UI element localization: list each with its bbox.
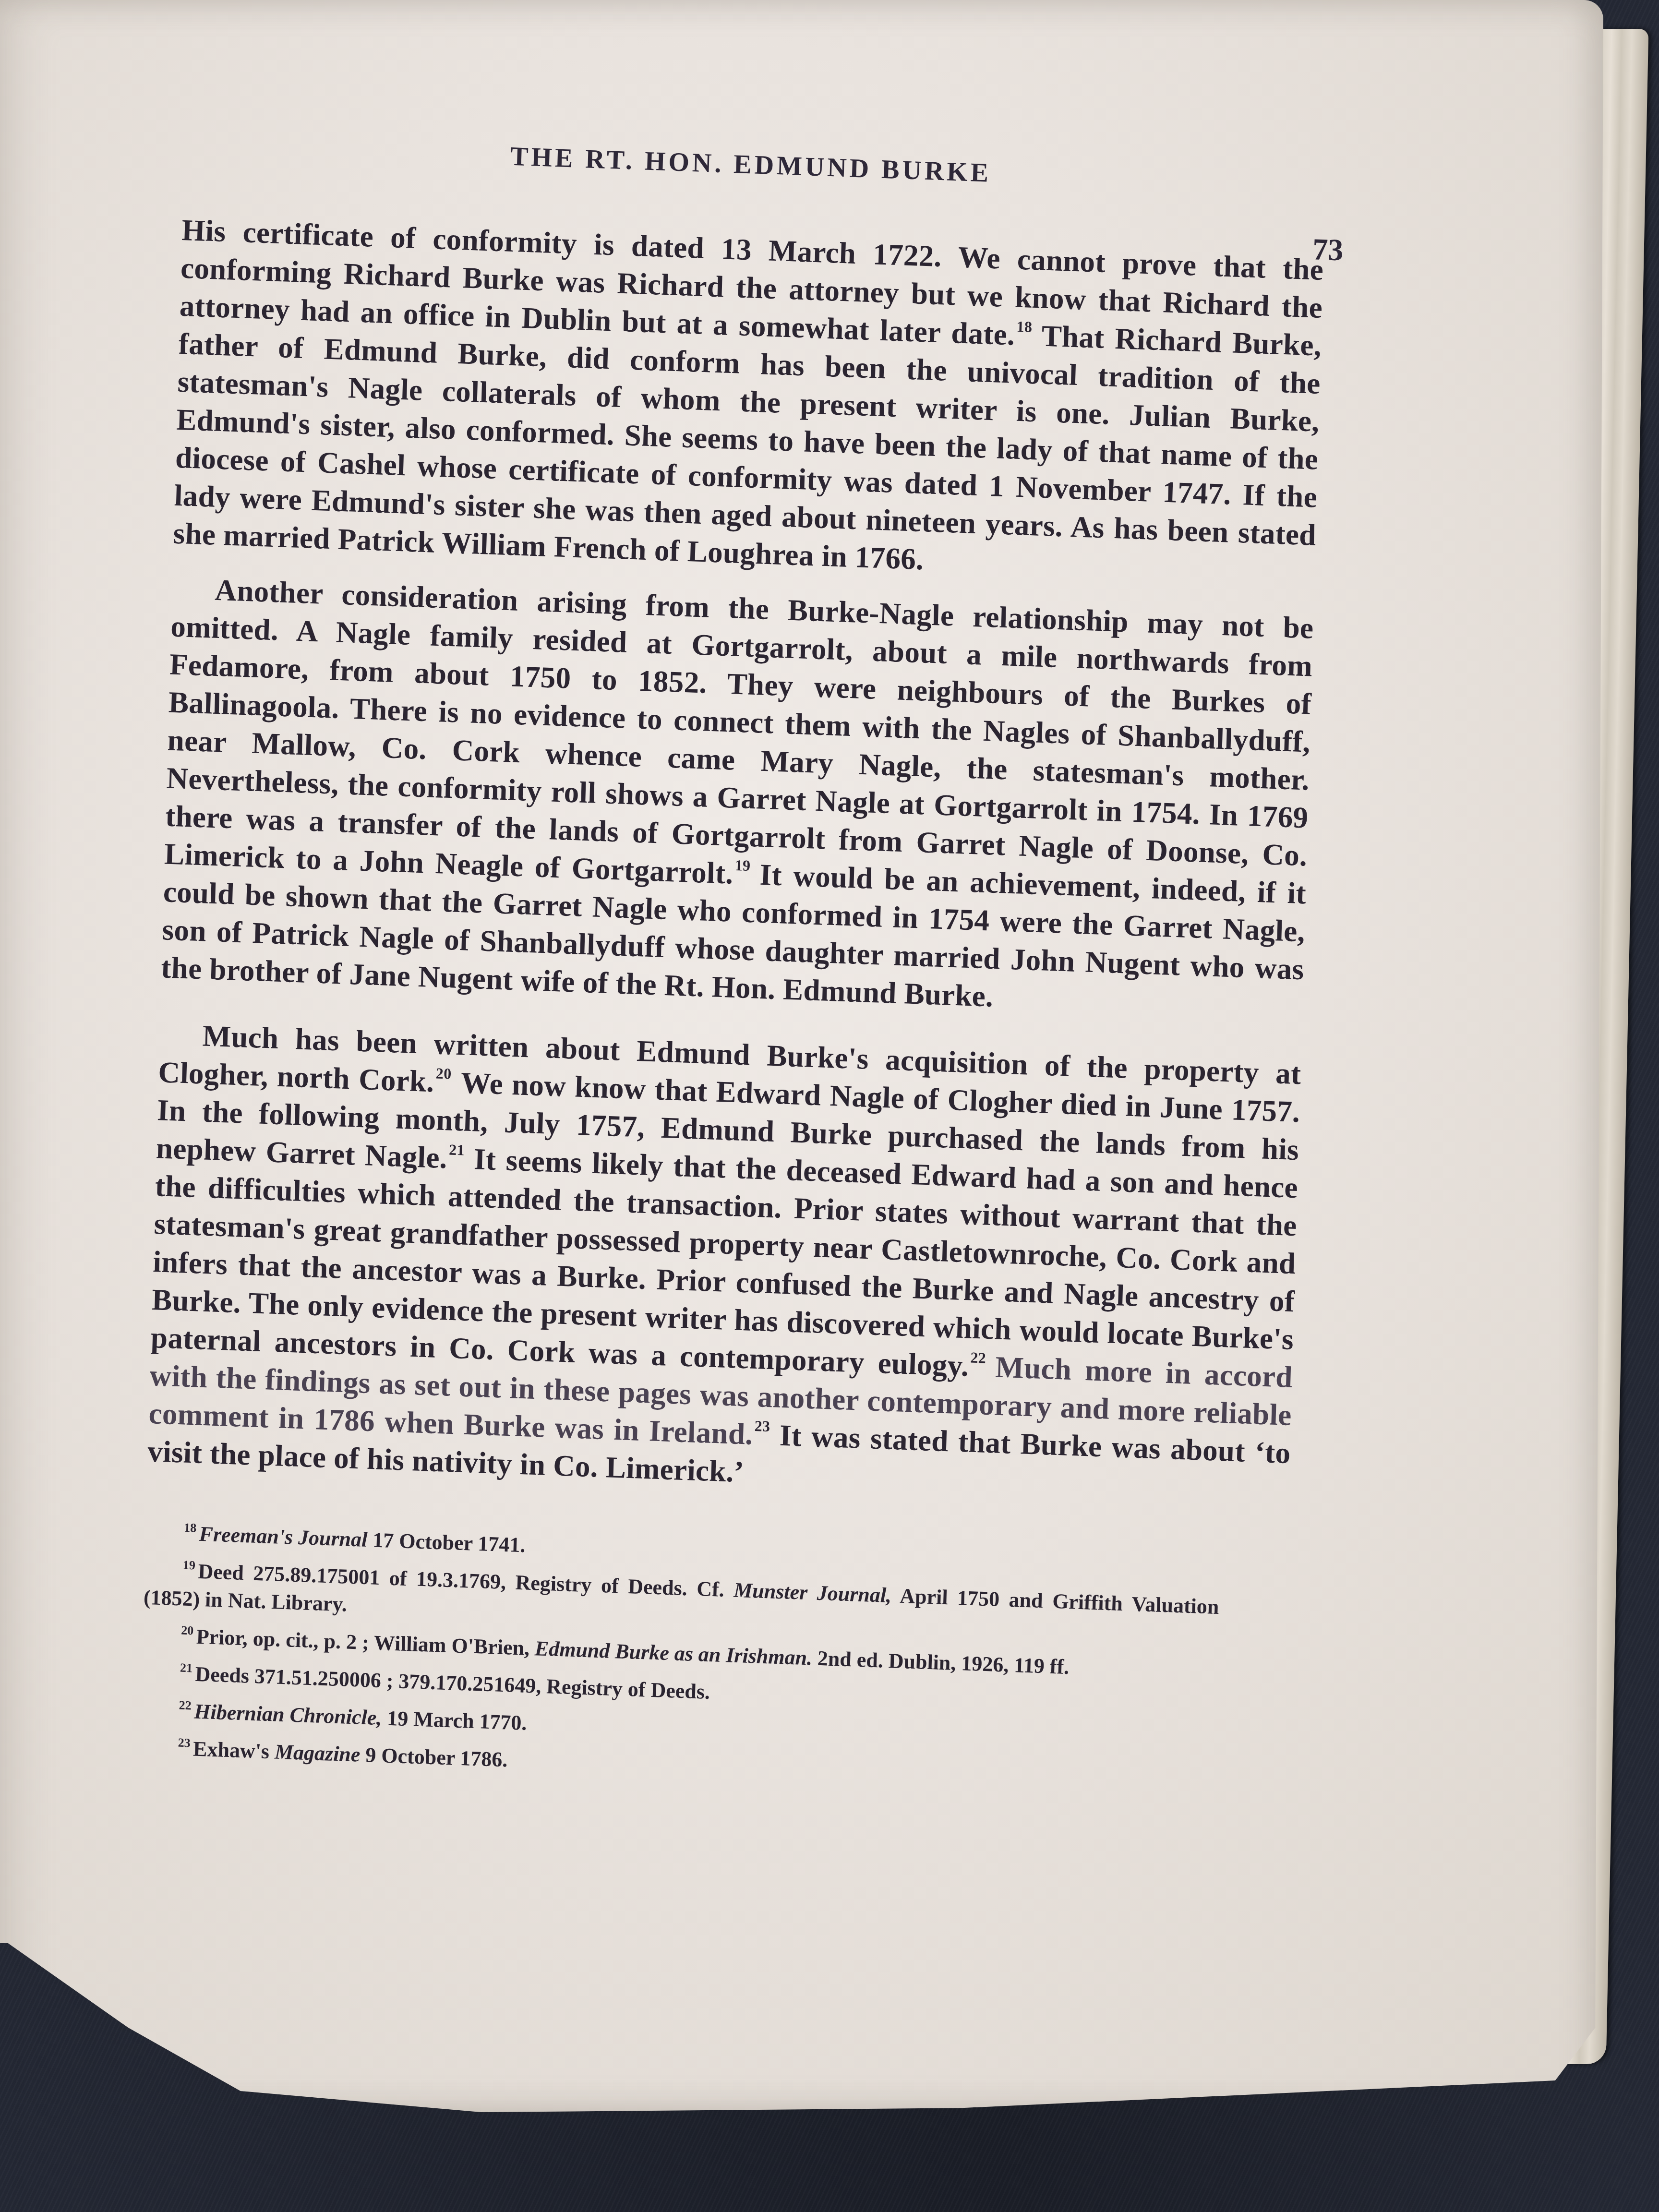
footnote-ref[interactable]: 20 — [435, 1064, 452, 1082]
footnote-text: 2nd ed. Dublin, 1926, 119 ff. — [812, 1646, 1070, 1679]
footnote-ref[interactable]: 19 — [734, 856, 751, 874]
footnote-number: 22 — [179, 1698, 192, 1713]
footnotes: 18Freeman's Journal 17 October 1741. 19D… — [139, 1518, 1221, 1799]
paragraph-text: That Richard Burke, father of Edmund Bur… — [173, 319, 1322, 577]
paragraph-2: Another consideration arising from the B… — [161, 570, 1314, 1027]
footnote-italic: Edmund Burke as an Irishman. — [534, 1636, 812, 1670]
footnote-number: 21 — [180, 1661, 193, 1675]
paragraph-text: Another consideration arising from the B… — [164, 573, 1314, 890]
footnote-ref[interactable]: 22 — [970, 1349, 986, 1367]
footnote-text: 9 October 1786. — [360, 1743, 508, 1772]
footnote-italic: Hibernian Chronicle, — [194, 1700, 382, 1730]
paragraph-text: It would be an achievement, indeed, if i… — [161, 858, 1307, 1013]
footnote-text: Exhaw's — [193, 1737, 275, 1764]
page-number: 73 — [1312, 231, 1344, 268]
footnote-text: 19 March 1770. — [382, 1706, 527, 1735]
book-page: The Rt. Hon. Edmund Burke 73 His certifi… — [0, 0, 1603, 2112]
footnote-number: 19 — [183, 1558, 196, 1573]
footnote-number: 18 — [184, 1521, 197, 1535]
page-text-block: The Rt. Hon. Edmund Burke 73 His certifi… — [139, 120, 1327, 1811]
footnote-italic: Magazine — [274, 1740, 361, 1767]
footnote-text: Deeds 371.51.250006 ; 379.170.251649, Re… — [195, 1662, 710, 1704]
footnote-text: 17 October 1741. — [367, 1528, 526, 1557]
footnote-number: 23 — [178, 1735, 191, 1750]
footnote-ref[interactable]: 18 — [1016, 318, 1033, 336]
footnote-ref[interactable]: 23 — [754, 1417, 770, 1435]
footnote-italic: Freeman's Journal — [199, 1522, 368, 1551]
footnote-number: 20 — [181, 1623, 194, 1638]
footnote-ref[interactable]: 21 — [449, 1141, 465, 1158]
paragraph-1: His certificate of conformity is dated 1… — [173, 211, 1324, 592]
running-title: The Rt. Hon. Edmund Burke — [510, 141, 992, 189]
paragraph-3: Much has been written about Edmund Burke… — [147, 1015, 1301, 1510]
running-head: The Rt. Hon. Edmund Burke 73 — [183, 120, 1327, 232]
footnote-italic: Munster Journal, — [733, 1578, 892, 1607]
footnote-text: Prior, op. cit., p. 2 ; William O'Brien, — [196, 1625, 535, 1660]
photo-scene: The Rt. Hon. Edmund Burke 73 His certifi… — [0, 0, 1659, 2212]
paragraph-text: It seems likely that the deceased Edward… — [150, 1142, 1298, 1382]
